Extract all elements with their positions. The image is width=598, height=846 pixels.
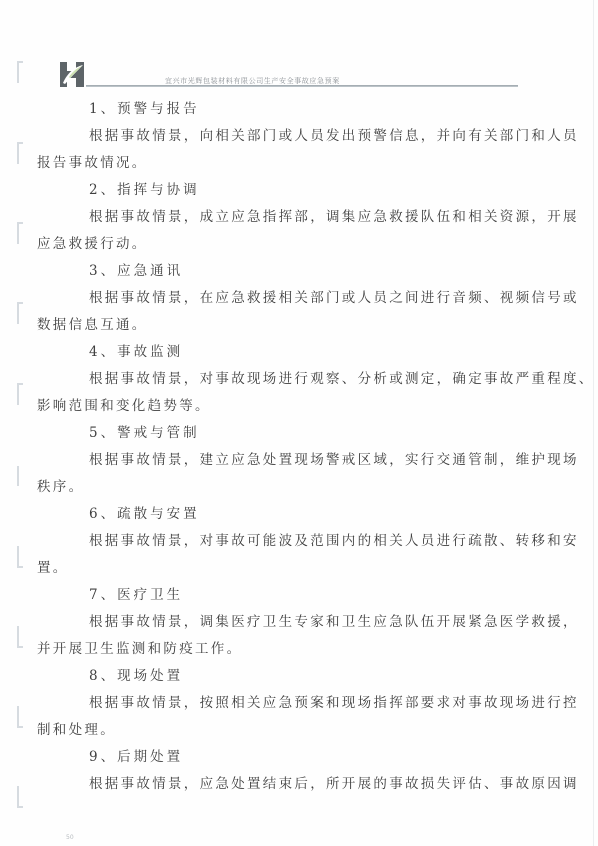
section-paragraph: 根据事故情景，按照相关应急预案和现场指挥部要求对事故现场进行控 制和处理。 <box>63 690 553 744</box>
section-heading: 6、疏散与安置 <box>63 501 553 528</box>
binder-mark-icon <box>17 786 23 808</box>
paragraph-line: 根据事故情景，按照相关应急预案和现场指挥部要求对事故现场进行控 <box>63 690 553 717</box>
binder-mark-icon <box>17 142 23 164</box>
section-warning-report: 1、预警与报告 根据事故情景，向相关部门或人员发出预警信息，并向有关部门和人员 … <box>63 96 553 177</box>
paragraph-line: 根据事故情景，对事故现场进行观察、分析或测定，确定事故严重程度、 <box>63 366 553 393</box>
section-heading: 4、事故监测 <box>63 339 553 366</box>
paragraph-line: 根据事故情景，应急处置结束后，所开展的事故损失评估、事故原因调 <box>63 771 553 798</box>
paragraph-line: 根据事故情景，在应急救援相关部门或人员之间进行音频、视频信号或 <box>63 285 553 312</box>
paragraph-line: 报告事故情况。 <box>37 150 553 177</box>
section-paragraph: 根据事故情景，建立应急处置现场警戒区域，实行交通管制，维护现场 秩序。 <box>63 447 553 501</box>
binder-mark-icon <box>17 626 23 648</box>
section-accident-monitoring: 4、事故监测 根据事故情景，对事故现场进行观察、分析或测定，确定事故严重程度、 … <box>63 339 553 420</box>
section-paragraph: 根据事故情景，对事故可能波及范围内的相关人员进行疏散、转移和安 置。 <box>63 528 553 582</box>
company-logo-icon <box>60 62 84 87</box>
section-paragraph: 根据事故情景，应急处置结束后，所开展的事故损失评估、事故原因调 <box>63 771 553 798</box>
document-page: 宜兴市光辉包装材料有限公司生产安全事故应急预案 1、预警与报告 根据事故情景，向… <box>0 0 598 846</box>
section-heading: 9、后期处置 <box>63 744 553 771</box>
paragraph-line: 应急救援行动。 <box>37 231 553 258</box>
page-edge-line <box>593 0 594 846</box>
section-paragraph: 根据事故情景，在应急救援相关部门或人员之间进行音频、视频信号或 数据信息互通。 <box>63 285 553 339</box>
document-body: 1、预警与报告 根据事故情景，向相关部门或人员发出预警信息，并向有关部门和人员 … <box>63 96 553 798</box>
section-paragraph: 根据事故情景，向相关部门或人员发出预警信息，并向有关部门和人员 报告事故情况。 <box>63 123 553 177</box>
binder-mark-icon <box>17 302 23 324</box>
section-heading: 5、警戒与管制 <box>63 420 553 447</box>
section-command-coordination: 2、指挥与协调 根据事故情景，成立应急指挥部，调集应急救援队伍和相关资源，开展 … <box>63 177 553 258</box>
section-emergency-communication: 3、应急通讯 根据事故情景，在应急救援相关部门或人员之间进行音频、视频信号或 数… <box>63 258 553 339</box>
section-onsite-handling: 8、现场处置 根据事故情景，按照相关应急预案和现场指挥部要求对事故现场进行控 制… <box>63 663 553 744</box>
section-heading: 8、现场处置 <box>63 663 553 690</box>
paragraph-line: 根据事故情景，调集医疗卫生专家和卫生应急队伍开展紧急医学救援， <box>63 609 553 636</box>
paragraph-line: 根据事故情景，向相关部门或人员发出预警信息，并向有关部门和人员 <box>63 123 553 150</box>
binder-mark-icon <box>17 706 23 728</box>
section-evacuation-resettlement: 6、疏散与安置 根据事故情景，对事故可能波及范围内的相关人员进行疏散、转移和安 … <box>63 501 553 582</box>
binder-mark-icon <box>17 466 23 486</box>
binder-mark-icon <box>17 61 23 83</box>
paragraph-line: 根据事故情景，成立应急指挥部，调集应急救援队伍和相关资源，开展 <box>63 204 553 231</box>
paragraph-line: 制和处理。 <box>37 717 553 744</box>
section-heading: 7、医疗卫生 <box>63 582 553 609</box>
paragraph-line: 根据事故情景，对事故可能波及范围内的相关人员进行疏散、转移和安 <box>63 528 553 555</box>
section-heading: 1、预警与报告 <box>63 96 553 123</box>
header-rule <box>86 85 518 87</box>
binder-mark-icon <box>17 383 23 405</box>
paragraph-line: 并开展卫生监测和防疫工作。 <box>37 636 553 663</box>
section-paragraph: 根据事故情景，调集医疗卫生专家和卫生应急队伍开展紧急医学救援， 并开展卫生监测和… <box>63 609 553 663</box>
section-paragraph: 根据事故情景，成立应急指挥部，调集应急救援队伍和相关资源，开展 应急救援行动。 <box>63 204 553 258</box>
paragraph-line: 根据事故情景，建立应急处置现场警戒区域，实行交通管制，维护现场 <box>63 447 553 474</box>
section-paragraph: 根据事故情景，对事故现场进行观察、分析或测定，确定事故严重程度、 影响范围和变化… <box>63 366 553 420</box>
section-heading: 2、指挥与协调 <box>63 177 553 204</box>
paragraph-line: 秩序。 <box>37 474 553 501</box>
section-heading: 3、应急通讯 <box>63 258 553 285</box>
paragraph-line: 数据信息互通。 <box>37 312 553 339</box>
section-cordon-control: 5、警戒与管制 根据事故情景，建立应急处置现场警戒区域，实行交通管制，维护现场 … <box>63 420 553 501</box>
binder-mark-icon <box>17 546 23 568</box>
section-post-handling: 9、后期处置 根据事故情景，应急处置结束后，所开展的事故损失评估、事故原因调 <box>63 744 553 798</box>
binder-mark-icon <box>17 222 23 244</box>
paragraph-line: 置。 <box>37 555 553 582</box>
page-number: 50 <box>66 834 74 841</box>
section-medical-health: 7、医疗卫生 根据事故情景，调集医疗卫生专家和卫生应急队伍开展紧急医学救援， 并… <box>63 582 553 663</box>
paragraph-line: 影响范围和变化趋势等。 <box>37 393 553 420</box>
